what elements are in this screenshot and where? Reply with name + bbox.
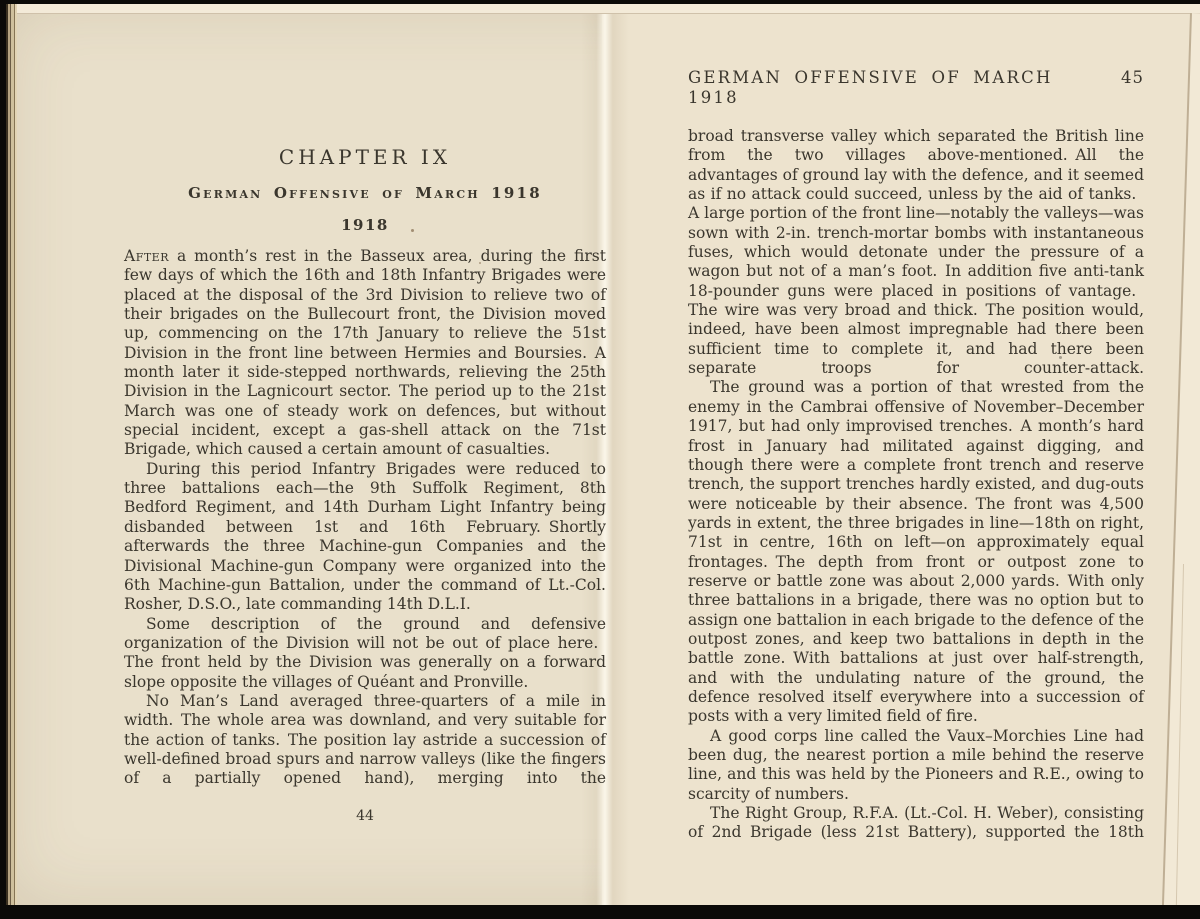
body-paragraph: The ground was a portion of that wrested… bbox=[688, 378, 1144, 726]
body-paragraph: After a month’s rest in the Basseux area… bbox=[124, 247, 606, 460]
lead-word: After bbox=[124, 247, 169, 265]
body-paragraph: Some description of the ground and defen… bbox=[124, 615, 606, 692]
running-header: GERMAN OFFENSIVE OF MARCH 1918 45 bbox=[688, 68, 1144, 108]
chapter-subtitle: German Offensive of March 1918 bbox=[124, 184, 606, 202]
right-page-body: broad transverse valley which separated … bbox=[688, 127, 1144, 843]
right-page-number: 45 bbox=[1121, 68, 1144, 88]
body-paragraph: A good corps line called the Vaux–Morchi… bbox=[688, 727, 1144, 804]
year-heading: 1918 bbox=[124, 216, 606, 234]
book-spread: CHAPTER IX German Offensive of March 191… bbox=[6, 4, 1200, 905]
paragraph-text: a month’s rest in the Basseux area, duri… bbox=[124, 247, 606, 458]
running-header-title: GERMAN OFFENSIVE OF MARCH 1918 bbox=[688, 68, 1091, 108]
top-page-edges bbox=[6, 4, 1200, 14]
chapter-heading: CHAPTER IX bbox=[124, 146, 606, 168]
left-page: CHAPTER IX German Offensive of March 191… bbox=[124, 146, 606, 789]
body-paragraph: broad transverse valley which separated … bbox=[688, 127, 1144, 378]
book-scan: CHAPTER IX German Offensive of March 191… bbox=[0, 0, 1200, 919]
left-page-edges bbox=[6, 4, 17, 905]
left-page-number: 44 bbox=[124, 808, 606, 824]
body-paragraph: The Right Group, R.F.A. (Lt.-Col. H. Web… bbox=[688, 804, 1144, 843]
right-page: GERMAN OFFENSIVE OF MARCH 1918 45 broad … bbox=[688, 68, 1144, 843]
body-paragraph: No Man’s Land averaged three-quarters of… bbox=[124, 692, 606, 789]
body-paragraph: During this period Infantry Brigades wer… bbox=[124, 460, 606, 615]
left-page-body: After a month’s rest in the Basseux area… bbox=[124, 247, 606, 789]
